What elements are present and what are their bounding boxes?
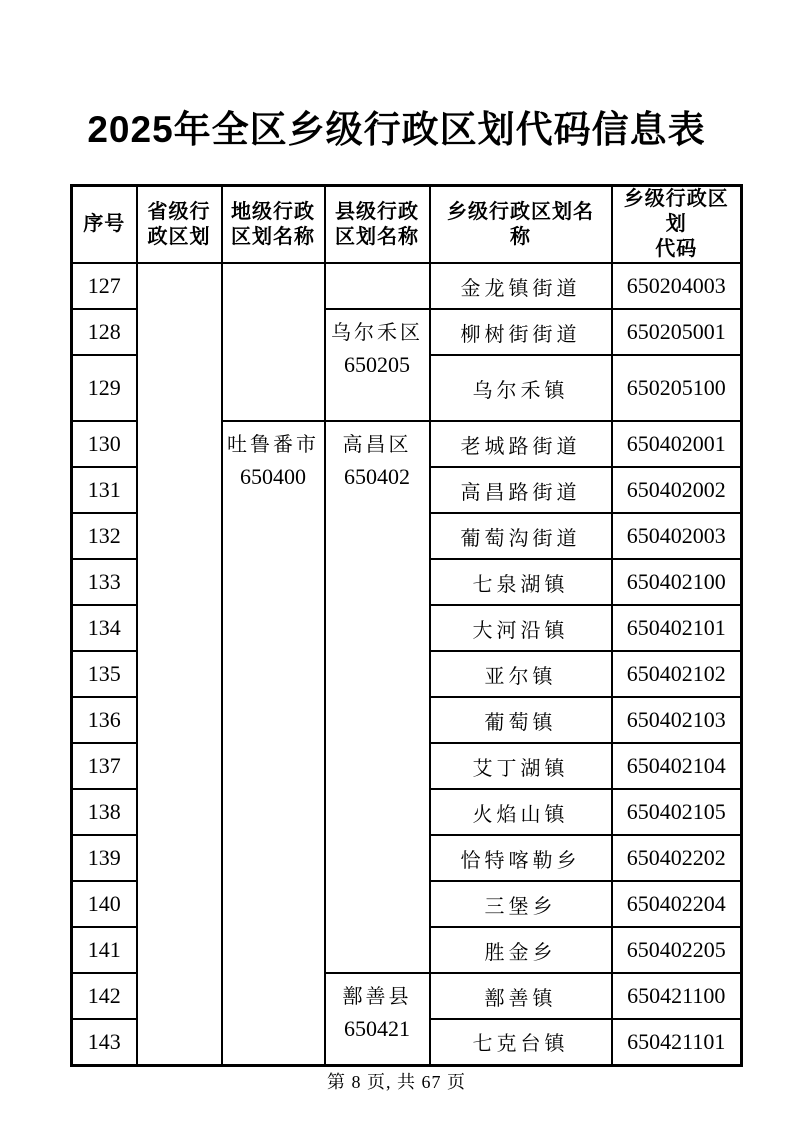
table-body: 127金龙镇街道650204003128乌尔禾区650205柳树街街道65020… [72,263,742,1065]
county-cell-name: 乌尔禾区 [326,317,429,349]
township-code-cell: 650402204 [612,881,742,927]
prefecture-cell [222,263,325,421]
serial-cell: 139 [72,835,137,881]
header-township-name: 乡级行政区划名 称 [430,186,612,264]
division-code-table: 序号 省级行 政区划 地级行政 区划名称 县级行政 区划名称 乡级行政区划名 称… [70,184,743,1067]
county-cell: 鄯善县650421 [325,973,430,1065]
county-cell [325,263,430,309]
serial-cell: 133 [72,559,137,605]
township-code-cell: 650204003 [612,263,742,309]
township-code-cell: 650402100 [612,559,742,605]
township-name-cell: 金龙镇街道 [430,263,612,309]
serial-cell: 131 [72,467,137,513]
table-row: 127金龙镇街道650204003 [72,263,742,309]
township-code-cell: 650402101 [612,605,742,651]
serial-cell: 143 [72,1019,137,1065]
header-prefecture: 地级行政 区划名称 [222,186,325,264]
county-cell-code: 650402 [326,461,429,493]
county-cell-name: 鄯善县 [326,981,429,1013]
township-code-cell: 650402202 [612,835,742,881]
county-cell-name: 高昌区 [326,429,429,461]
township-code-cell: 650402103 [612,697,742,743]
township-name-cell: 七克台镇 [430,1019,612,1065]
township-code-cell: 650402205 [612,927,742,973]
header-province: 省级行 政区划 [137,186,222,264]
township-name-cell: 大河沿镇 [430,605,612,651]
page-number: 第 8 页, 共 67 页 [0,1068,793,1094]
header-township-code: 乡级行政区划 代码 [612,186,742,264]
prefecture-cell-code: 650400 [223,461,324,493]
header-serial: 序号 [72,186,137,264]
township-code-cell: 650402105 [612,789,742,835]
table-header: 序号 省级行 政区划 地级行政 区划名称 县级行政 区划名称 乡级行政区划名 称… [72,186,742,264]
township-code-cell: 650402003 [612,513,742,559]
township-code-cell: 650402001 [612,421,742,467]
township-name-cell: 葡萄沟街道 [430,513,612,559]
page-title: 2025年全区乡级行政区划代码信息表 [0,108,793,152]
header-county: 县级行政 区划名称 [325,186,430,264]
document-page: 2025年全区乡级行政区划代码信息表 序号 省级行 政区划 地级行政 区划名称 … [0,0,793,1122]
township-code-cell: 650205001 [612,309,742,355]
township-name-cell: 柳树街街道 [430,309,612,355]
township-name-cell: 亚尔镇 [430,651,612,697]
township-name-cell: 老城路街道 [430,421,612,467]
township-name-cell: 三堡乡 [430,881,612,927]
serial-cell: 142 [72,973,137,1019]
township-name-cell: 葡萄镇 [430,697,612,743]
township-name-cell: 艾丁湖镇 [430,743,612,789]
prefecture-cell: 吐鲁番市650400 [222,421,325,1065]
serial-cell: 138 [72,789,137,835]
serial-cell: 128 [72,309,137,355]
township-code-cell: 650205100 [612,355,742,421]
township-name-cell: 高昌路街道 [430,467,612,513]
county-cell: 乌尔禾区650205 [325,309,430,421]
township-name-cell: 乌尔禾镇 [430,355,612,421]
township-code-cell: 650421101 [612,1019,742,1065]
province-cell [137,263,222,1065]
serial-cell: 134 [72,605,137,651]
serial-cell: 132 [72,513,137,559]
serial-cell: 136 [72,697,137,743]
township-code-cell: 650402104 [612,743,742,789]
township-code-cell: 650402102 [612,651,742,697]
serial-cell: 141 [72,927,137,973]
township-name-cell: 火焰山镇 [430,789,612,835]
township-name-cell: 鄯善镇 [430,973,612,1019]
county-cell-code: 650421 [326,1013,429,1045]
serial-cell: 137 [72,743,137,789]
serial-cell: 130 [72,421,137,467]
township-name-cell: 胜金乡 [430,927,612,973]
serial-cell: 129 [72,355,137,421]
header-row: 序号 省级行 政区划 地级行政 区划名称 县级行政 区划名称 乡级行政区划名 称… [72,186,742,264]
serial-cell: 127 [72,263,137,309]
county-cell-code: 650205 [326,349,429,381]
prefecture-cell-name: 吐鲁番市 [223,429,324,461]
county-cell: 高昌区650402 [325,421,430,973]
township-code-cell: 650421100 [612,973,742,1019]
township-name-cell: 恰特喀勒乡 [430,835,612,881]
serial-cell: 140 [72,881,137,927]
serial-cell: 135 [72,651,137,697]
township-name-cell: 七泉湖镇 [430,559,612,605]
township-code-cell: 650402002 [612,467,742,513]
